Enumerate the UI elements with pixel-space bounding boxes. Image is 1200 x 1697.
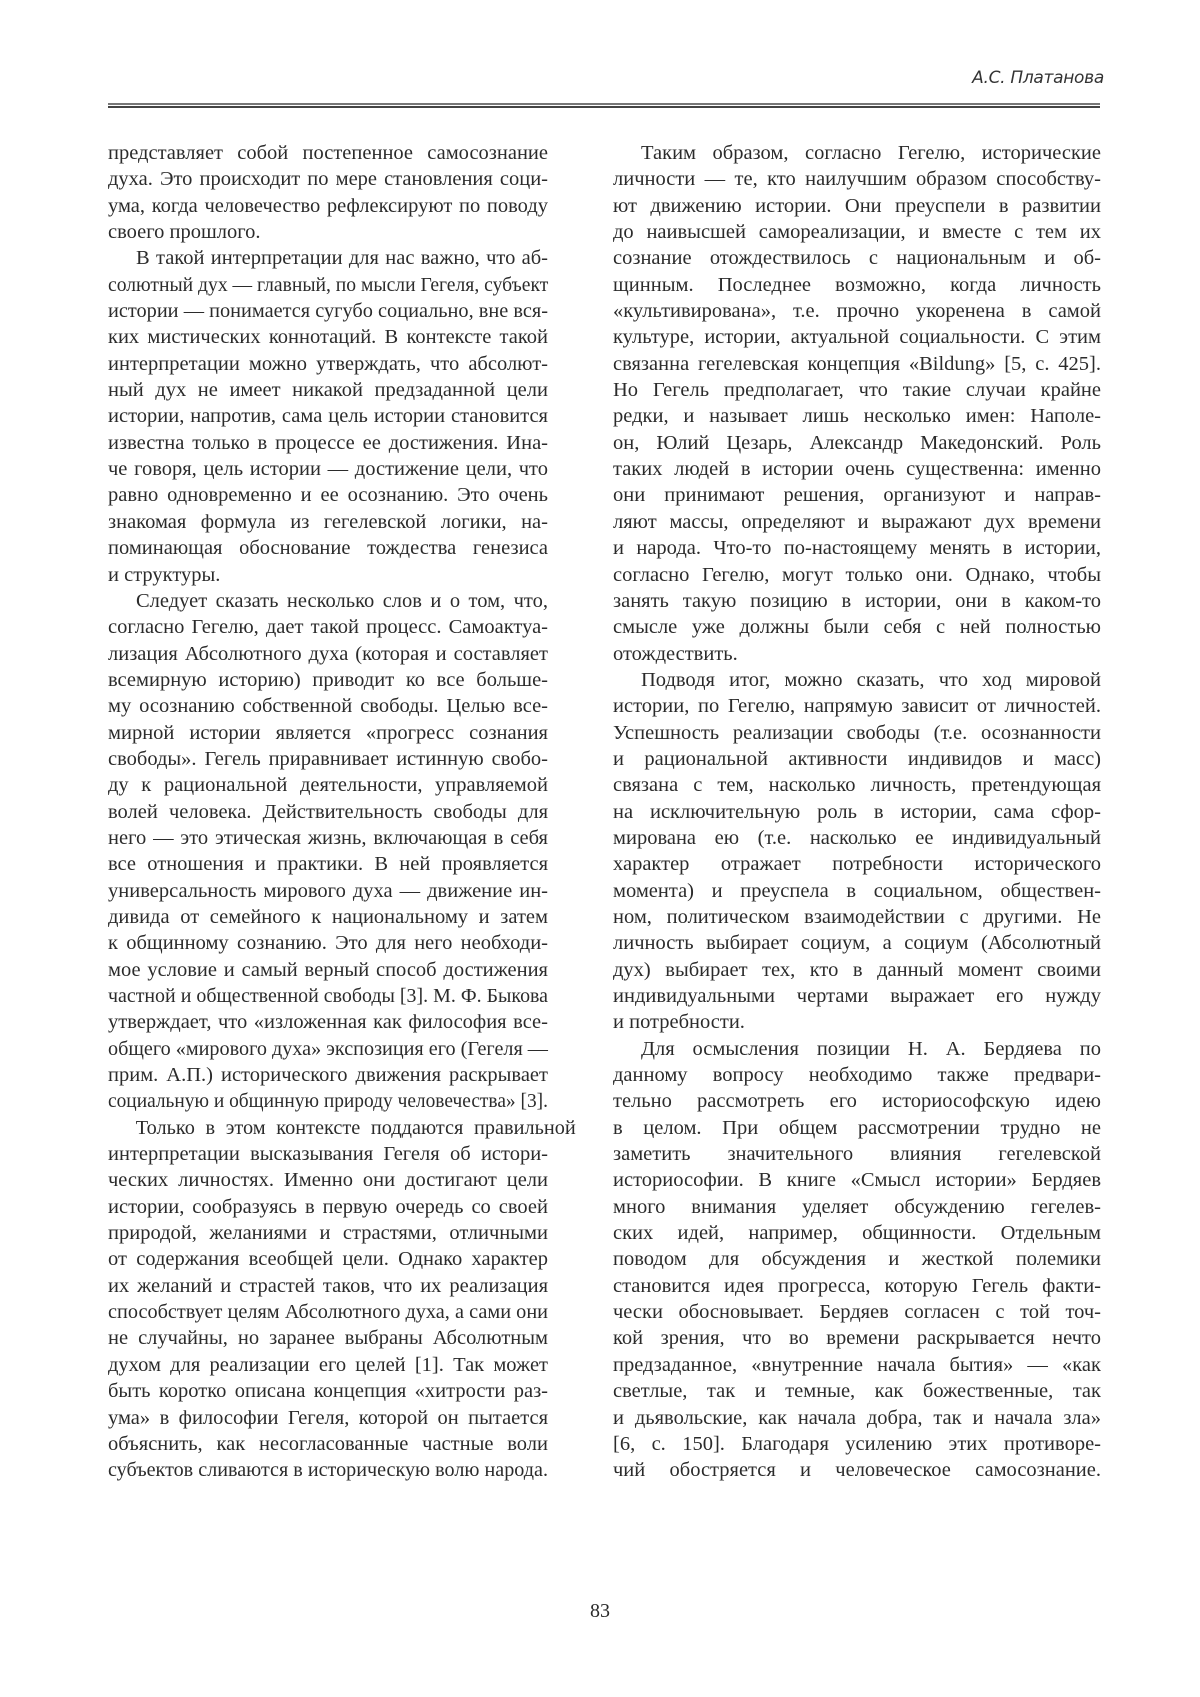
text-line: объяснить, как несогласованные частные в…	[108, 1431, 548, 1457]
text-line: в целом. При общем рассмотрении трудно н…	[613, 1115, 1101, 1141]
text-line: Следует сказать несколько слов и о том, …	[108, 588, 548, 614]
text-line: заметить значительного влияния гегелевск…	[613, 1141, 1101, 1167]
text-line: не случайны, но заранее выбраны Абсолютн…	[108, 1325, 548, 1351]
text-line: ума, когда человечество рефлексируют по …	[108, 193, 548, 219]
text-line: предзаданное, «внутренние начала бытия» …	[613, 1352, 1101, 1378]
text-line: связана с тем, насколько личность, прете…	[613, 772, 1101, 798]
text-line: светлые, так и темные, как божественные,…	[613, 1378, 1101, 1404]
text-line: поминающая обоснование тождества генезис…	[108, 535, 548, 561]
text-line: культуре, истории, актуальной социальнос…	[613, 324, 1101, 350]
page-number: 83	[0, 1600, 1200, 1623]
text-line: ный дух не имеет никакой предзаданной це…	[108, 377, 548, 403]
text-line: духом для реализации его целей [1]. Так …	[108, 1352, 548, 1378]
text-line: становится идея прогресса, которую Гегел…	[613, 1273, 1101, 1299]
text-line: ду к рациональной деятельности, управляе…	[108, 772, 548, 798]
text-line: сознание отождествилось с национальным и…	[613, 245, 1101, 271]
text-line: и рациональной активности индивидов и ма…	[613, 746, 1101, 772]
text-line: индивидуальными чертами выражает его нуж…	[613, 983, 1101, 1009]
text-line: своего прошлого.	[108, 219, 548, 245]
text-line: знакомая формула из гегелевской логики, …	[108, 509, 548, 535]
text-line: ном, политическом взаимодействии с други…	[613, 904, 1101, 930]
text-line: социальную и общинную природу человечест…	[108, 1088, 548, 1114]
text-line: согласно Гегелю, дает такой процесс. Сам…	[108, 614, 548, 640]
text-line: универсальность мирового духа — движение…	[108, 878, 548, 904]
text-line: данному вопросу необходимо также предвар…	[613, 1062, 1101, 1088]
text-line: поводом для обсуждения и жесткой полемик…	[613, 1246, 1101, 1272]
header-rule-bottom	[108, 106, 1100, 108]
left-column: представляет собой постепенное самосозна…	[108, 140, 548, 1484]
text-line: личность выбирает социум, а социум (Абсо…	[613, 930, 1101, 956]
text-line: Для осмысления позиции Н. А. Бердяева по	[613, 1036, 1101, 1062]
text-line: субъектов сливаются в историческую волю …	[108, 1457, 548, 1483]
text-line: на исключительную роль в истории, сама с…	[613, 799, 1101, 825]
text-line: духа. Это происходит по мере становления…	[108, 166, 548, 192]
text-line: таких людей в истории очень существенна:…	[613, 456, 1101, 482]
text-line: Но Гегель предполагает, что такие случаи…	[613, 377, 1101, 403]
text-line: ких мистических коннотаций. В контексте …	[108, 324, 548, 350]
text-line: от содержания всеобщей цели. Однако хара…	[108, 1246, 548, 1272]
text-line: «культивирована», т.е. прочно укоренена …	[613, 298, 1101, 324]
text-line: частной и общественной свободы [3]. М. Ф…	[108, 983, 548, 1009]
text-line: момента) и преуспела в социальном, общес…	[613, 878, 1101, 904]
text-line: связанна гегелевская концепция «Bildung»…	[613, 351, 1101, 377]
text-line: че говоря, цель истории — достижение цел…	[108, 456, 548, 482]
text-line: ума» в философии Гегеля, которой он пыта…	[108, 1405, 548, 1431]
text-line: интерпретации высказывания Гегеля об ист…	[108, 1141, 548, 1167]
text-line: лизация Абсолютного духа (которая и сост…	[108, 641, 548, 667]
text-line: общего «мирового духа» экспозиция его (Г…	[108, 1036, 548, 1062]
text-line: дух) выбирает тех, кто в данный момент с…	[613, 957, 1101, 983]
text-line: занять такую позицию в истории, они в ка…	[613, 588, 1101, 614]
right-column: Таким образом, согласно Гегелю, историче…	[613, 140, 1101, 1484]
text-line: тельно рассмотреть его историософскую ид…	[613, 1088, 1101, 1114]
text-line: кой зрения, что во времени раскрывается …	[613, 1325, 1101, 1351]
text-line: много внимания уделяет обсуждению гегеле…	[613, 1194, 1101, 1220]
text-line: равно одновременно и ее осознанию. Это о…	[108, 482, 548, 508]
text-line: согласно Гегелю, могут только они. Однак…	[613, 562, 1101, 588]
header-rule-top	[108, 103, 1100, 105]
text-line: истории, напротив, сама цель истории ста…	[108, 403, 548, 429]
text-line: представляет собой постепенное самосозна…	[108, 140, 548, 166]
text-line: историософии. В книге «Смысл истории» Бе…	[613, 1167, 1101, 1193]
text-line: интерпретации можно утверждать, что абсо…	[108, 351, 548, 377]
text-line: чий обостряется и человеческое самосозна…	[613, 1457, 1101, 1483]
text-line: него — это этическая жизнь, включающая в…	[108, 825, 548, 851]
text-line: Таким образом, согласно Гегелю, историче…	[613, 140, 1101, 166]
text-line: они принимают решения, организуют и напр…	[613, 482, 1101, 508]
text-line: мирной истории является «прогресс сознан…	[108, 720, 548, 746]
text-line: му осознанию собственной свободы. Целью …	[108, 693, 548, 719]
text-line: дивида от семейного к национальному и за…	[108, 904, 548, 930]
text-line: волей человека. Действительность свободы…	[108, 799, 548, 825]
text-line: известна только в процессе ее достижения…	[108, 430, 548, 456]
text-line: способствует целям Абсолютного духа, а с…	[108, 1299, 548, 1325]
text-line: все отношения и практики. В ней проявляе…	[108, 851, 548, 877]
text-line: В такой интерпретации для нас важно, что…	[108, 245, 548, 271]
running-head-author: А.С. Платанова	[972, 68, 1104, 88]
text-line: природой, желаниями и страстями, отличны…	[108, 1220, 548, 1246]
text-line: истории, по Гегелю, напрямую зависит от …	[613, 693, 1101, 719]
text-line: и потребности.	[613, 1009, 1101, 1035]
text-line: щинным. Последнее возможно, когда личнос…	[613, 272, 1101, 298]
text-line: до наивысшей самореализации, и вместе с …	[613, 219, 1101, 245]
text-line: ских идей, например, общинности. Отдельн…	[613, 1220, 1101, 1246]
text-line: он, Юлий Цезарь, Александр Македонский. …	[613, 430, 1101, 456]
text-line: мое условие и самый верный способ достиж…	[108, 957, 548, 983]
text-line: и структуры.	[108, 562, 548, 588]
text-line: личности — те, кто наилучшим образом спо…	[613, 166, 1101, 192]
text-line: прим. А.П.) исторического движения раскр…	[108, 1062, 548, 1088]
text-line: и дьявольские, как начала добра, так и н…	[613, 1405, 1101, 1431]
text-line: свободы». Гегель приравнивает истинную с…	[108, 746, 548, 772]
text-line: Только в этом контексте поддаются правил…	[108, 1115, 576, 1141]
text-line: ческих личностях. Именно они достигают ц…	[108, 1167, 548, 1193]
text-line: и народа. Что-то по-настоящему менять в …	[613, 535, 1101, 561]
text-line: ют движению истории. Они преуспели в раз…	[613, 193, 1101, 219]
text-line: ляют массы, определяют и выражают дух вр…	[613, 509, 1101, 535]
text-line: солютный дух — главный, по мысли Гегеля,…	[108, 272, 548, 298]
text-line: истории — понимается сугубо социально, в…	[108, 298, 548, 324]
text-line: отождествить.	[613, 641, 1101, 667]
text-line: их желаний и страстей таков, что их реал…	[108, 1273, 548, 1299]
text-line: Подводя итог, можно сказать, что ход мир…	[613, 667, 1101, 693]
text-line: быть коротко описана концепция «хитрости…	[108, 1378, 548, 1404]
text-line: характер отражает потребности историческ…	[613, 851, 1101, 877]
text-line: чески обосновывает. Бердяев согласен с т…	[613, 1299, 1101, 1325]
text-line: к общинному сознанию. Это для него необх…	[108, 930, 548, 956]
text-line: утверждает, что «изложенная как философи…	[108, 1009, 548, 1035]
text-line: истории, сообразуясь в первую очередь со…	[108, 1194, 548, 1220]
text-line: всемирную историю) приводит ко все больш…	[108, 667, 548, 693]
text-line: редки, и называет лишь несколько имен: Н…	[613, 403, 1101, 429]
text-line: Успешность реализации свободы (т.е. осоз…	[613, 720, 1101, 746]
text-line: [6, с. 150]. Благодаря усилению этих про…	[613, 1431, 1101, 1457]
text-line: мирована ею (т.е. насколько ее индивидуа…	[613, 825, 1101, 851]
text-line: смысле уже должны были себя с ней полнос…	[613, 614, 1101, 640]
